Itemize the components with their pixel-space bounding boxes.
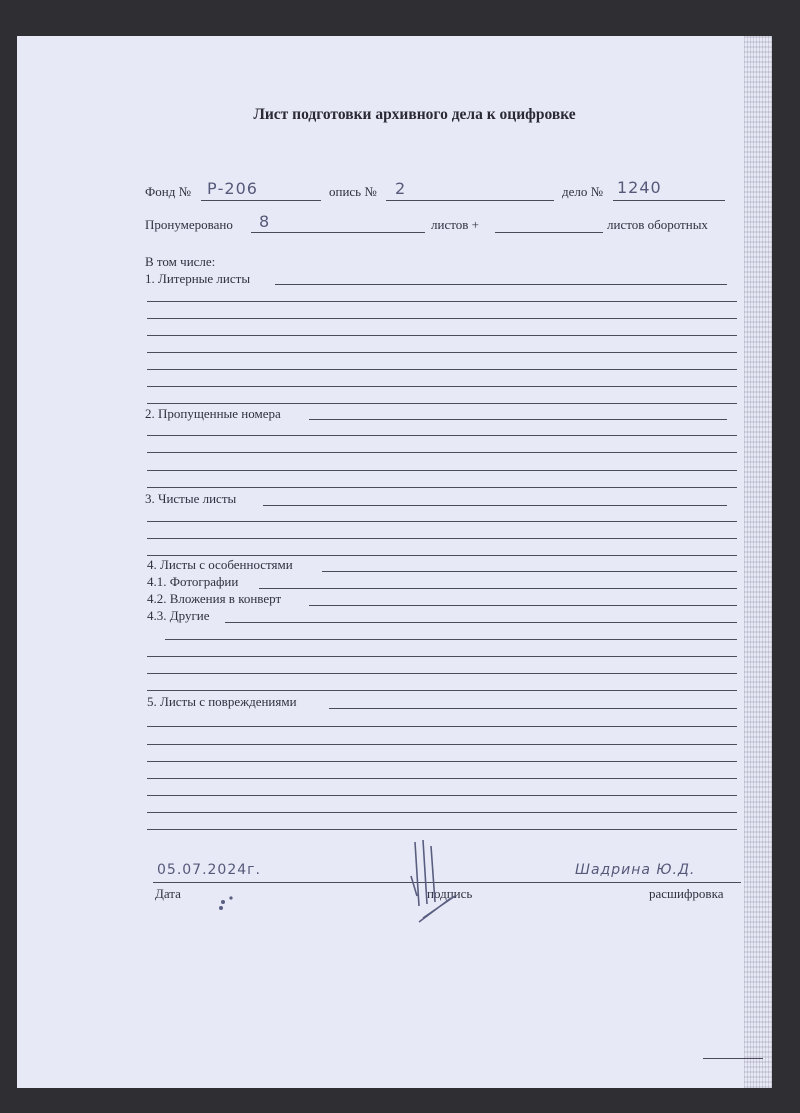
- delo-row: дело №: [562, 184, 603, 200]
- ruled-line: [147, 318, 737, 319]
- section-special-sheets-field[interactable]: [322, 571, 737, 572]
- ruled-line: [147, 435, 737, 436]
- ruled-line: [147, 761, 737, 762]
- ruled-line: [147, 403, 737, 404]
- ruled-line: [147, 452, 737, 453]
- ruled-line: [147, 673, 737, 674]
- sheets-plus-label: листов +: [431, 217, 479, 233]
- section-literal-sheets-label: 1. Литерные листы: [145, 271, 250, 287]
- opis-label: опись №: [329, 184, 377, 199]
- section-blank-sheets-field[interactable]: [263, 505, 727, 506]
- section-blank-sheets-label: 3. Чистые листы: [145, 491, 236, 507]
- opis-row: опись №: [329, 184, 377, 200]
- delo-field[interactable]: [613, 200, 725, 201]
- numbered-value: 8: [259, 212, 270, 231]
- document-title: Лист подготовки архивного дела к оцифров…: [17, 106, 772, 124]
- ruled-line: [147, 369, 737, 370]
- section-envelope-label: 4.2. Вложения в конверт: [147, 591, 281, 607]
- handwritten-signature: [397, 836, 467, 926]
- ruled-line: [147, 521, 737, 522]
- numbered-label: Пронумеровано: [145, 217, 233, 233]
- ruled-line: [147, 386, 737, 387]
- reverse-sheets-field[interactable]: [495, 232, 603, 233]
- scan-edge-noise: [744, 36, 772, 1088]
- section-envelope-field[interactable]: [309, 605, 737, 606]
- ruled-line: [147, 352, 737, 353]
- document-sheet: Лист подготовки архивного дела к оцифров…: [17, 36, 772, 1088]
- delo-label: дело №: [562, 184, 603, 199]
- ruled-line: [147, 812, 737, 813]
- date-label: Дата: [155, 886, 181, 902]
- corner-mark-line: [703, 1058, 763, 1059]
- date-value: 05.07.2024г.: [157, 862, 261, 878]
- opis-value: 2: [395, 179, 406, 198]
- ruled-line: [147, 690, 737, 691]
- ruled-line: [147, 778, 737, 779]
- fond-value: Р-206: [207, 179, 258, 198]
- section-photos-label: 4.1. Фотографии: [147, 574, 238, 590]
- section-literal-sheets-field[interactable]: [275, 284, 727, 285]
- section-missing-numbers-field[interactable]: [309, 419, 727, 420]
- fond-row: Фонд №: [145, 184, 191, 200]
- section-special-sheets-label: 4. Листы с особенностями: [147, 557, 293, 573]
- fond-field[interactable]: [201, 200, 321, 201]
- section-other-label: 4.3. Другие: [147, 608, 210, 624]
- ruled-line: [147, 301, 737, 302]
- opis-field[interactable]: [386, 200, 554, 201]
- decoding-label: расшифровка: [649, 886, 723, 902]
- ruled-line: [147, 656, 737, 657]
- section-damaged-sheets-field[interactable]: [329, 708, 737, 709]
- ink-specks: [215, 892, 245, 922]
- ruled-line: [147, 538, 737, 539]
- including-label: В том числе:: [145, 254, 215, 270]
- section-other-field[interactable]: [225, 622, 737, 623]
- fond-label: Фонд №: [145, 184, 191, 199]
- numbered-field[interactable]: [251, 232, 425, 233]
- section-missing-numbers-label: 2. Пропущенные номера: [145, 406, 281, 422]
- section-photos-field[interactable]: [259, 588, 737, 589]
- decoding-value: Шадрина Ю.Д.: [575, 862, 695, 878]
- ruled-line: [147, 555, 737, 556]
- section-damaged-sheets-label: 5. Листы с повреждениями: [147, 694, 297, 710]
- delo-value: 1240: [617, 178, 662, 197]
- ruled-line: [147, 726, 737, 727]
- ruled-line: [147, 487, 737, 488]
- ruled-line: [147, 744, 737, 745]
- reverse-sheets-label: листов оборотных: [607, 217, 708, 233]
- ruled-line: [147, 795, 737, 796]
- ruled-line: [147, 470, 737, 471]
- ruled-line: [147, 335, 737, 336]
- ruled-line: [165, 639, 737, 640]
- ruled-line: [147, 829, 737, 830]
